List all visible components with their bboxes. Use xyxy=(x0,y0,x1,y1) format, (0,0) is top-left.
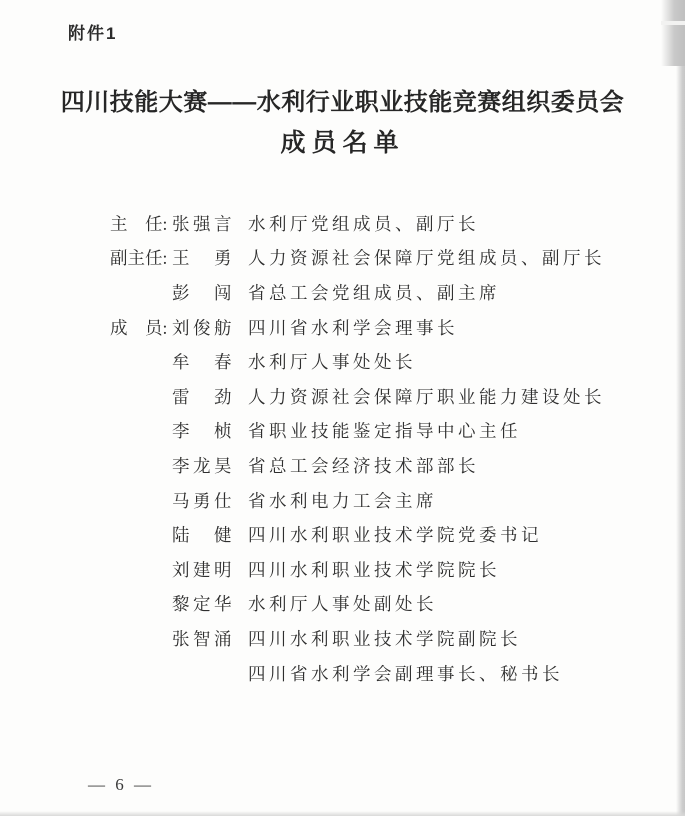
member-row: 李龙昊 省总工会经济技术部部长 xyxy=(110,448,650,483)
member-name: 刘建明 xyxy=(172,557,248,582)
member-list: 主 任: 张强言 水利厅党组成员、副厅长 副主任: 王 勇 人力资源社会保障厅党… xyxy=(110,206,650,690)
member-name: 张强言 xyxy=(172,211,248,236)
member-role: 主 任: xyxy=(110,211,172,236)
document-page: 附件1 四川技能大赛——水利行业职业技能竞赛组织委员会 成员名单 主 任: 张强… xyxy=(0,0,685,816)
scan-edge-artifact-right xyxy=(676,66,685,816)
member-position: 水利厅党组成员、副厅长 xyxy=(248,211,650,236)
member-position: 四川省水利学会副理事长、秘书长 xyxy=(248,661,650,686)
member-row: 张智涌 四川水利职业技术学院副院长 xyxy=(110,621,650,656)
document-title-line1: 四川技能大赛——水利行业职业技能竞赛组织委员会 xyxy=(0,85,685,121)
member-position: 省水利电力工会主席 xyxy=(248,488,650,513)
member-row: 刘建明 四川水利职业技术学院院长 xyxy=(110,552,650,587)
member-position: 人力资源社会保障厅党组成员、副厅长 xyxy=(248,245,650,270)
member-position: 水利厅人事处处长 xyxy=(248,349,650,374)
member-row: 彭 闯 省总工会党组成员、副主席 xyxy=(110,275,650,310)
member-role: 副主任: xyxy=(110,245,172,270)
member-name: 马勇仕 xyxy=(172,488,248,513)
member-name: 牟 春 xyxy=(172,349,248,374)
member-name: 彭 闯 xyxy=(172,280,248,305)
member-name: 刘俊舫 xyxy=(172,315,248,340)
document-title: 四川技能大赛——水利行业职业技能竞赛组织委员会 成员名单 xyxy=(0,85,685,165)
member-position: 四川水利职业技术学院副院长 xyxy=(248,626,650,651)
member-position: 四川水利职业技术学院院长 xyxy=(248,557,650,582)
member-position: 省总工会经济技术部部长 xyxy=(248,453,650,478)
member-row: 马勇仕 省水利电力工会主席 xyxy=(110,483,650,518)
member-row: 副主任: 王 勇 人力资源社会保障厅党组成员、副厅长 xyxy=(110,241,650,276)
member-position: 省职业技能鉴定指导中心主任 xyxy=(248,418,650,443)
member-name: 黎定华 xyxy=(172,591,248,616)
scan-edge-artifact-top-right xyxy=(661,0,685,66)
member-position: 四川省水利学会理事长 xyxy=(248,315,650,340)
member-row: 主 任: 张强言 水利厅党组成员、副厅长 xyxy=(110,206,650,241)
member-position: 省总工会党组成员、副主席 xyxy=(248,280,650,305)
member-position: 四川水利职业技术学院党委书记 xyxy=(248,522,650,547)
member-row: 牟 春 水利厅人事处处长 xyxy=(110,344,650,379)
page-number: — 6 — xyxy=(88,775,154,795)
member-row: 黎定华 水利厅人事处副处长 xyxy=(110,587,650,622)
member-row: 四川省水利学会副理事长、秘书长 xyxy=(110,656,650,691)
member-name: 陆 健 xyxy=(172,522,248,547)
member-role: 成 员: xyxy=(110,315,172,340)
member-name: 李龙昊 xyxy=(172,453,248,478)
member-name: 李 桢 xyxy=(172,418,248,443)
member-position: 水利厅人事处副处长 xyxy=(248,591,650,616)
member-name: 雷 劲 xyxy=(172,384,248,409)
document-title-line2: 成员名单 xyxy=(0,121,685,165)
member-row: 陆 健 四川水利职业技术学院党委书记 xyxy=(110,517,650,552)
scan-edge-artifact-bottom xyxy=(0,811,685,816)
member-position: 人力资源社会保障厅职业能力建设处长 xyxy=(248,384,650,409)
member-name: 王 勇 xyxy=(172,245,248,270)
member-row: 雷 劲 人力资源社会保障厅职业能力建设处长 xyxy=(110,379,650,414)
member-name: 张智涌 xyxy=(172,626,248,651)
member-row: 李 桢 省职业技能鉴定指导中心主任 xyxy=(110,414,650,449)
attachment-label: 附件1 xyxy=(68,19,117,44)
member-row: 成 员: 刘俊舫 四川省水利学会理事长 xyxy=(110,310,650,345)
